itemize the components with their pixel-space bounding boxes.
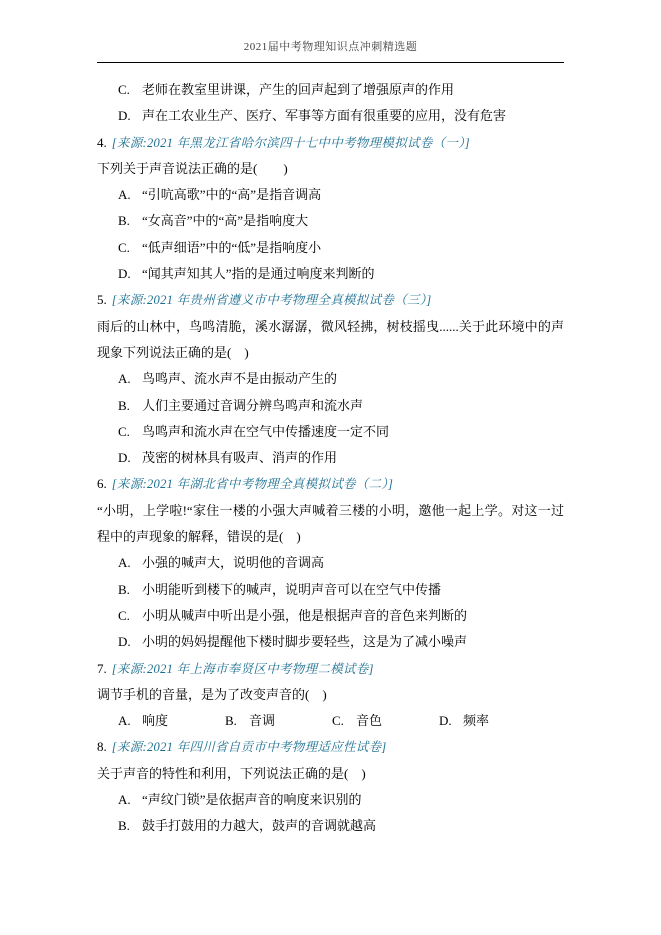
option-letter: B. [118,577,142,603]
question-stem: 关于声音的特性和利用，下列说法正确的是( ) [97,761,564,787]
option-text: 小明的妈妈提醒他下楼时脚步要轻些，这是为了减小噪声 [142,629,564,655]
option-letter: C. [118,603,142,629]
option-7b: B. 音调 [225,708,332,734]
option-letter: B. [118,208,142,234]
source-citation: [来源:2021 年四川省自贡市中考物理适应性试卷] [112,740,387,754]
option-6a: A. 小强的喊声大，说明他的音调高 [97,550,564,576]
option-text: 音调 [249,708,332,734]
option-4d: D. “闻其声知其人”指的是通过响度来判断的 [97,261,564,287]
option-text: 人们主要通过音调分辨鸟鸣声和流水声 [142,393,564,419]
option-letter: B. [225,708,249,734]
option-text: 鸟鸣声、流水声不是由振动产生的 [142,366,564,392]
option-letter: A. [118,708,142,734]
option-letter: A. [118,550,142,576]
option-6c: C. 小明从喊声中听出是小强，他是根据声音的音色来判断的 [97,603,564,629]
option-7d: D. 频率 [439,708,489,734]
question-number: 6. [97,476,107,491]
option-text: 小明从喊声中听出是小强，他是根据声音的音色来判断的 [142,603,564,629]
option-text: “女高音”中的“高”是指响度大 [142,208,564,234]
option-5d: D. 茂密的树林具有吸声、消声的作用 [97,445,564,471]
question-stem: “小明，上学啦!“家住一楼的小强大声喊着三楼的小明，邀他一起上学。对这一过程中的… [97,498,564,551]
option-letter: B. [118,813,142,839]
option-letter: D. [118,103,142,129]
option-letter: C. [118,235,142,261]
option-prev-c: C. 老师在教室里讲课，产生的回声起到了增强原声的作用 [97,77,564,103]
option-8b: B. 鼓手打鼓用的力越大，鼓声的音调就越高 [97,813,564,839]
option-letter: A. [118,787,142,813]
option-7a: A. 响度 [118,708,225,734]
question-number: 8. [97,739,107,754]
option-letter: C. [118,77,142,103]
option-letter: D. [118,445,142,471]
question-stem: 下列关于声音说法正确的是( ) [97,156,564,182]
source-citation: [来源:2021 年黑龙江省哈尔滨四十七中中考物理模拟试卷（一）] [112,136,470,150]
option-text: 鼓手打鼓用的力越大，鼓声的音调就越高 [142,813,564,839]
option-5c: C. 鸟鸣声和流水声在空气中传播速度一定不同 [97,419,564,445]
option-text: 鸟鸣声和流水声在空气中传播速度一定不同 [142,419,564,445]
option-text: 茂密的树林具有吸声、消声的作用 [142,445,564,471]
option-8a: A. “声纹门锁”是依据声音的响度来识别的 [97,787,564,813]
option-prev-d: D. 声在工农业生产、医疗、军事等方面有很重要的应用，没有危害 [97,103,564,129]
option-text: 小明能听到楼下的喊声，说明声音可以在空气中传播 [142,577,564,603]
option-letter: C. [332,708,356,734]
option-letter: D. [439,708,463,734]
option-6b: B. 小明能听到楼下的喊声，说明声音可以在空气中传播 [97,577,564,603]
option-text: 老师在教室里讲课，产生的回声起到了增强原声的作用 [142,77,564,103]
option-text: 音色 [356,708,439,734]
source-citation: [来源:2021 年湖北省中考物理全真模拟试卷（二）] [112,477,393,491]
option-4c: C. “低声细语”中的“低”是指响度小 [97,235,564,261]
option-letter: D. [118,261,142,287]
question-stem: 雨后的山林中，鸟鸣清脆，溪水潺潺，微风轻拂，树枝摇曳......关于此环境中的声… [97,314,564,367]
option-text: “引吭高歌”中的“高”是指音调高 [142,182,564,208]
source-line: 4.[来源:2021 年黑龙江省哈尔滨四十七中中考物理模拟试卷（一）] [97,130,564,156]
option-4a: A. “引吭高歌”中的“高”是指音调高 [97,182,564,208]
question-7: 7.[来源:2021 年上海市奉贤区中考物理二模试卷] 调节手机的音量，是为了改… [97,656,564,735]
option-letter: B. [118,393,142,419]
source-line: 6.[来源:2021 年湖北省中考物理全真模拟试卷（二）] [97,471,564,497]
option-row-7: A. 响度 B. 音调 C. 音色 D. 频率 [97,708,564,734]
header-title: 2021届中考物理知识点冲刺精选题 [97,40,564,54]
source-line: 5.[来源:2021 年贵州省遵义市中考物理全真模拟试卷（三）] [97,287,564,313]
question-number: 4. [97,135,107,150]
source-citation: [来源:2021 年上海市奉贤区中考物理二模试卷] [112,662,374,676]
option-5b: B. 人们主要通过音调分辨鸟鸣声和流水声 [97,393,564,419]
option-text: 小强的喊声大，说明他的音调高 [142,550,564,576]
option-4b: B. “女高音”中的“高”是指响度大 [97,208,564,234]
option-text: “声纹门锁”是依据声音的响度来识别的 [142,787,564,813]
question-number: 7. [97,661,107,676]
option-6d: D. 小明的妈妈提醒他下楼时脚步要轻些，这是为了减小噪声 [97,629,564,655]
question-5: 5.[来源:2021 年贵州省遵义市中考物理全真模拟试卷（三）] 雨后的山林中，… [97,287,564,471]
option-text: 频率 [463,708,489,734]
question-6: 6.[来源:2021 年湖北省中考物理全真模拟试卷（二）] “小明，上学啦!“家… [97,471,564,655]
source-line: 8.[来源:2021 年四川省自贡市中考物理适应性试卷] [97,734,564,760]
question-8: 8.[来源:2021 年四川省自贡市中考物理适应性试卷] 关于声音的特性和利用，… [97,734,564,839]
option-text: “闻其声知其人”指的是通过响度来判断的 [142,261,564,287]
document-page: 2021届中考物理知识点冲刺精选题 C. 老师在教室里讲课，产生的回声起到了增强… [0,0,661,935]
option-text: 声在工农业生产、医疗、军事等方面有很重要的应用，没有危害 [142,103,564,129]
option-letter: D. [118,629,142,655]
option-letter: A. [118,366,142,392]
question-number: 5. [97,292,107,307]
source-citation: [来源:2021 年贵州省遵义市中考物理全真模拟试卷（三）] [112,293,432,307]
page-header: 2021届中考物理知识点冲刺精选题 [97,40,564,63]
document-content: C. 老师在教室里讲课，产生的回声起到了增强原声的作用 D. 声在工农业生产、医… [97,63,564,840]
option-7c: C. 音色 [332,708,439,734]
question-4: 4.[来源:2021 年黑龙江省哈尔滨四十七中中考物理模拟试卷（一）] 下列关于… [97,130,564,288]
option-letter: A. [118,182,142,208]
option-text: “低声细语”中的“低”是指响度小 [142,235,564,261]
source-line: 7.[来源:2021 年上海市奉贤区中考物理二模试卷] [97,656,564,682]
question-stem: 调节手机的音量，是为了改变声音的( ) [97,682,564,708]
option-text: 响度 [142,708,225,734]
option-5a: A. 鸟鸣声、流水声不是由振动产生的 [97,366,564,392]
option-letter: C. [118,419,142,445]
